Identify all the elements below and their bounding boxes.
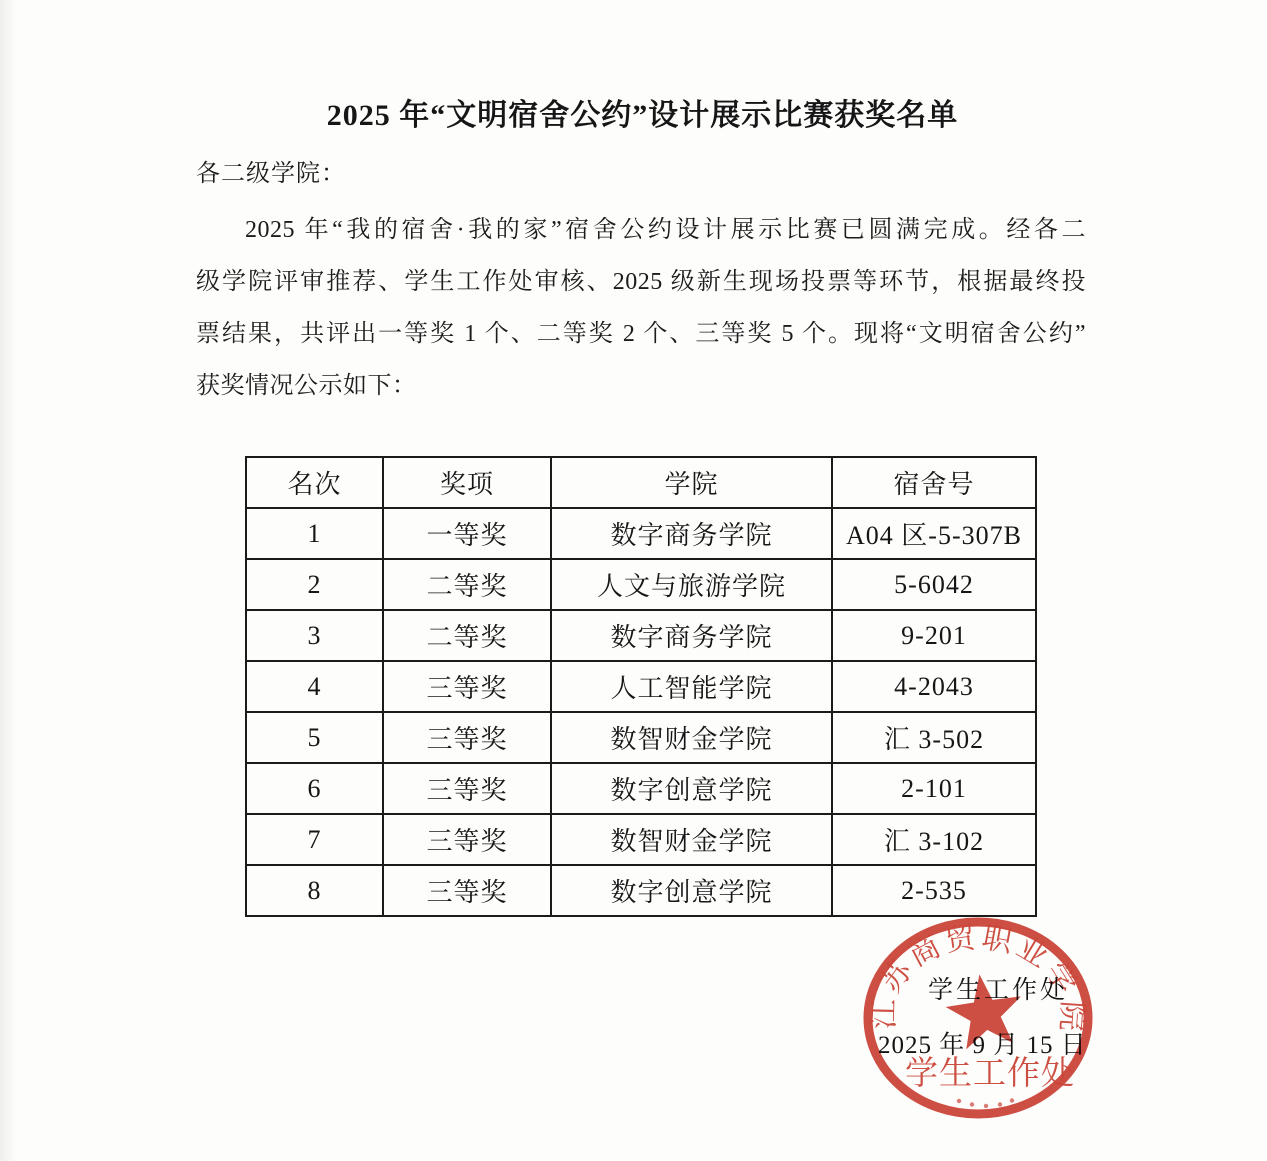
- table-header-cell: 宿舍号: [832, 457, 1036, 508]
- table-cell: 三等奖: [383, 763, 551, 814]
- table-row: 6三等奖数字创意学院2-101: [246, 763, 1036, 814]
- table-header-row: 名次奖项学院宿舍号: [246, 457, 1036, 508]
- table-cell: 数字创意学院: [551, 865, 832, 916]
- paragraph-line: 级学院评审推荐、学生工作处审核、2025 级新生现场投票等环节，根据最终投: [196, 256, 1086, 308]
- table-cell: 二等奖: [383, 559, 551, 610]
- stamp-serial-marks: [957, 1098, 1014, 1108]
- paragraph-line: 获奖情况公示如下：: [196, 360, 1086, 412]
- table-cell: 7: [246, 814, 383, 865]
- table-row: 8三等奖数字创意学院2-535: [246, 865, 1036, 916]
- table-cell: 5-6042: [832, 559, 1036, 610]
- table-cell: 4-2043: [832, 661, 1036, 712]
- table-row: 2二等奖人文与旅游学院5-6042: [246, 559, 1036, 610]
- body-paragraph: 2025 年“我的宿舍·我的家”宿舍公约设计展示比赛已圆满完成。经各二级学院评审…: [196, 204, 1086, 412]
- stamp-ring: [868, 922, 1088, 1114]
- paragraph-line: 2025 年“我的宿舍·我的家”宿舍公约设计展示比赛已圆满完成。经各二: [196, 204, 1086, 256]
- table-cell: 一等奖: [383, 508, 551, 559]
- table-row: 1一等奖数字商务学院A04 区-5-307B: [246, 508, 1036, 559]
- awards-table-body: 1一等奖数字商务学院A04 区-5-307B2二等奖人文与旅游学院5-60423…: [246, 508, 1036, 916]
- table-cell: 6: [246, 763, 383, 814]
- table-cell: 2: [246, 559, 383, 610]
- table-cell: 人文与旅游学院: [551, 559, 832, 610]
- signature-department: 学生工作处: [928, 970, 1068, 1006]
- table-cell: 汇 3-502: [832, 712, 1036, 763]
- document-title: 2025 年“文明宿舍公约”设计展示比赛获奖名单: [195, 90, 1090, 134]
- table-cell: 2-535: [832, 865, 1036, 916]
- table-cell: 三等奖: [383, 865, 551, 916]
- table-row: 4三等奖人工智能学院4-2043: [246, 661, 1036, 712]
- table-cell: 9-201: [832, 610, 1036, 661]
- table-cell: 2-101: [832, 763, 1036, 814]
- table-header-cell: 名次: [246, 457, 383, 508]
- table-header-cell: 奖项: [383, 457, 551, 508]
- table-cell: 二等奖: [383, 610, 551, 661]
- table-cell: 汇 3-102: [832, 814, 1036, 865]
- table-cell: 人工智能学院: [551, 661, 832, 712]
- table-row: 7三等奖数智财金学院汇 3-102: [246, 814, 1036, 865]
- table-cell: 8: [246, 865, 383, 916]
- signature-date: 2025 年 9 月 15 日: [878, 1025, 1087, 1061]
- table-cell: 数字商务学院: [551, 610, 832, 661]
- paragraph-line: 票结果，共评出一等奖 1 个、二等奖 2 个、三等奖 5 个。现将“文明宿舍公约…: [196, 308, 1086, 360]
- table-cell: 数字创意学院: [551, 763, 832, 814]
- awards-table: 名次奖项学院宿舍号 1一等奖数字商务学院A04 区-5-307B2二等奖人文与旅…: [245, 456, 1037, 917]
- table-cell: 4: [246, 661, 383, 712]
- table-cell: 三等奖: [383, 814, 551, 865]
- document-page: 2025 年“文明宿舍公约”设计展示比赛获奖名单 各二级学院： 2025 年“我…: [0, 0, 1267, 1161]
- table-cell: A04 区-5-307B: [832, 508, 1036, 559]
- table-cell: 5: [246, 712, 383, 763]
- salutation: 各二级学院：: [196, 153, 346, 188]
- official-seal-stamp: 江苏商贸职业学院 学生工作处: [853, 908, 1103, 1123]
- table-header-cell: 学院: [551, 457, 832, 508]
- table-cell: 数智财金学院: [551, 712, 832, 763]
- table-cell: 3: [246, 610, 383, 661]
- table-cell: 数智财金学院: [551, 814, 832, 865]
- table-row: 5三等奖数智财金学院汇 3-502: [246, 712, 1036, 763]
- table-cell: 三等奖: [383, 712, 551, 763]
- table-cell: 1: [246, 508, 383, 559]
- table-cell: 三等奖: [383, 661, 551, 712]
- table-row: 3二等奖数字商务学院9-201: [246, 610, 1036, 661]
- table-cell: 数字商务学院: [551, 508, 832, 559]
